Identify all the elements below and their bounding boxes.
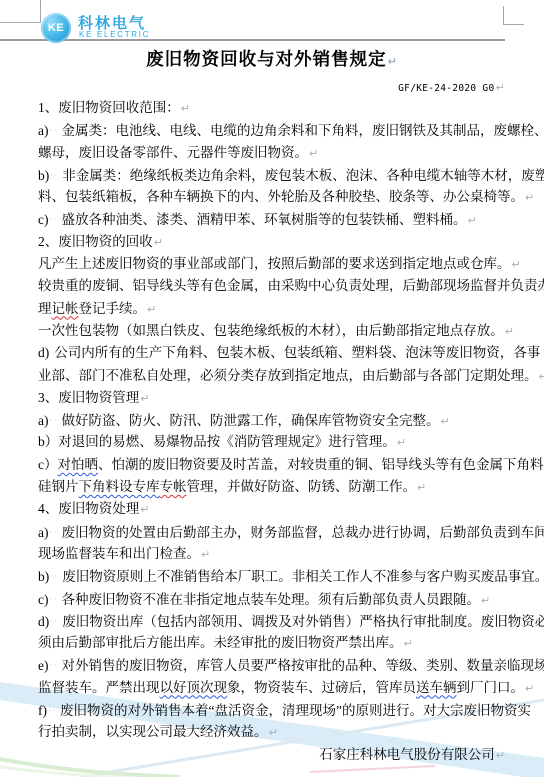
text-segment: 对退回的易燃、易爆物品按《消防管理规定》进行管理。 — [58, 434, 396, 449]
list-marker: c） — [38, 457, 58, 472]
document-page: KE 科林电气 KE ELECTRIC 废旧物资回收与对外销售规定↵ GF/KE… — [0, 0, 544, 777]
list-marker: c) — [38, 592, 60, 607]
list-marker: d) — [38, 345, 49, 360]
line-text: 废旧物资的处置由后勤部主办，财务部监督，总裁办进行协调，后勤部负责到车间 — [62, 525, 544, 540]
line-text: 废旧物资管理 — [58, 390, 139, 405]
line-text: 较贵重的废铜、铝导线头等有色金属，由采购中心负责处理，后勤部现场监督并负责办 — [38, 278, 544, 293]
text-segment: 、怕潮的废旧物资要及时苫盖，对较贵重的铜、铝导线头等有色金属下角料， — [98, 457, 544, 472]
doc-line: b）对退回的易燃、易爆物品按《消防管理规定》进行管理。↵ — [38, 431, 505, 453]
paragraph-mark: ↵ — [496, 749, 505, 762]
doc-line: 须由后勤部审批后方能出库。未经审批的废旧物资严禁出库。↵ — [38, 632, 505, 654]
paragraph-mark: ↵ — [181, 102, 190, 115]
text-segment: 废旧物资的处置由后勤部主办，财务部监督，总裁办进行协调，后勤部负责到车间 — [62, 525, 544, 540]
text-segment: 业部、部门不准私自处理，必须分类存放到指定地点，由后勤部与各部门定期处理。 — [38, 368, 538, 383]
line-text: 各种废旧物资不准在非指定地点装车处理。须有后勤部负责人员跟随。 — [62, 592, 481, 607]
spellcheck-blue-segment: 送车辆 — [416, 680, 457, 695]
header-divider — [0, 39, 505, 41]
doc-line: 2、废旧物资的回收↵ — [38, 231, 505, 253]
text-segment: 公司内所有的生产下角料、包装木板、包装纸箱、塑料袋、泡沫等废旧物资，各事 — [54, 345, 540, 360]
list-marker: 3、 — [38, 390, 58, 405]
text-segment: 非金属类：绝缘纸板类边角余料，废包装木板、泡沫、各种电缆木轴等木材，废塑 — [62, 168, 544, 183]
spellcheck-blue-segment: 以好顶次现 — [160, 680, 228, 695]
text-segment: 到厂门口。 — [457, 680, 525, 695]
text-segment: 一次性包装物（如黑白铁皮、包装绝缘纸板的木材），由后勤部指定地点存放。 — [38, 323, 504, 338]
paragraph-mark: ↵ — [140, 392, 149, 405]
text-segment: 现场监督装车和出门检查。 — [38, 546, 200, 561]
paragraph-mark: ↵ — [525, 191, 534, 204]
footer-pink-line — [310, 766, 435, 772]
doc-line: 业部、部门不准私自处理，必须分类存放到指定地点，由后勤部与各部门定期处理。↵ — [38, 365, 505, 387]
line-text: 料、包装纸箱板，各种车辆换下的内、外轮胎及各种胶垫、胶条等、办公桌椅等。 — [38, 189, 524, 204]
line-text: 对怕晒、怕潮的废旧物资要及时苫盖，对较贵重的铜、铝导线头等有色金属下角料， — [58, 457, 544, 472]
text-segment: 较贵重的废铜、铝导线头等有色金属，由采购中心负责处理，后勤部现场监督并负责办 — [38, 278, 544, 293]
text-segment: 象，物资装车、过磅后，管库员 — [227, 680, 416, 695]
doc-line: b)非金属类：绝缘纸板类边角余料，废包装木板、泡沫、各种电缆木轴等木材，废塑 — [38, 164, 505, 186]
text-segment: 废旧物资原则上不准销售给本厂职工。非相关工作人不准参与客户购买废品事宜。 — [62, 569, 544, 584]
paragraph-mark: ↵ — [468, 214, 477, 227]
list-marker: b) — [38, 168, 60, 183]
text-segment: 须由后勤部审批后方能出库。未经审批的废旧物资严禁出库。 — [38, 635, 403, 650]
text-segment: 登记手续。 — [79, 301, 147, 316]
paragraph-mark: ↵ — [512, 258, 521, 271]
text-segment: 螺母，废旧设备零部件、元器件等废旧物资。 — [38, 145, 308, 160]
line-text: 硅钢片下角料设专库专帐管理，并做好防盗、防锈、防潮工作。 — [38, 479, 416, 494]
spellcheck-blue-segment: 对怕晒 — [58, 457, 99, 472]
paragraph-mark: ↵ — [309, 147, 318, 160]
line-text: 金属类：电池线、电线、电缆的边角余料和下角料，废旧钢铁及其制品，废螺栓、 — [62, 123, 544, 138]
line-text: 废旧物资出库（包括内部领用、调拨及对外销售）严格执行审批制度。废旧物资必 — [62, 614, 544, 629]
spellcheck-red-segment: 专帐 — [160, 479, 187, 494]
doc-line: d)废旧物资出库（包括内部领用、调拨及对外销售）严格执行审批制度。废旧物资必 — [38, 610, 505, 632]
line-text: 对退回的易燃、易爆物品按《消防管理规定》进行管理。 — [58, 434, 396, 449]
line-text: 对外销售的废旧物资，库管人员要严格按审批的品种、等级、类别、数量亲临现场 — [62, 658, 544, 673]
paragraph-mark: ↵ — [201, 548, 210, 561]
list-marker: b) — [38, 569, 60, 584]
spellcheck-blue-segment: 下角料设专库 — [79, 479, 160, 494]
doc-line: 硅钢片下角料设专库专帐管理，并做好防盗、防锈、防潮工作。↵ — [38, 476, 505, 498]
line-text: 废旧物资回收范围： — [58, 100, 180, 115]
line-text: 公司内所有的生产下角料、包装木板、包装纸箱、塑料袋、泡沫等废旧物资，各事 — [54, 345, 540, 360]
line-text: 监督装车。严禁出现以好顶次现象，物资装车、过磅后，管库员送车辆到厂门口。 — [38, 680, 524, 695]
paragraph-mark: ↵ — [388, 55, 398, 68]
text-segment: 金属类：电池线、电线、电缆的边角余料和下角料，废旧钢铁及其制品，废螺栓、 — [62, 123, 544, 138]
document-number: GF/KE-24-2020 G0↵ — [398, 81, 505, 94]
list-marker: c) — [38, 212, 60, 227]
text-segment: 管理，并做好防盗、防锈、防潮工作。 — [187, 479, 417, 494]
text-segment: 凡产生上述废旧物资的事业部或部门，按照后勤部的要求送到指定地点或仓库。 — [38, 256, 511, 271]
line-text: 做好防盗、防火、防汛、防泄露工作，确保库管物资安全完整。 — [62, 413, 440, 428]
list-marker: 1、 — [38, 100, 58, 115]
list-marker: 4、 — [38, 501, 58, 516]
paragraph-mark: ↵ — [525, 682, 534, 695]
line-text: 非金属类：绝缘纸板类边角余料，废包装木板、泡沫、各种电缆木轴等木材，废塑 — [62, 168, 544, 183]
line-text: 废旧物资的对外销售本着“盘活资金，清理现场”的原则进行。对大宗废旧物资实 — [60, 703, 531, 718]
line-text: 废旧物资的回收 — [58, 234, 153, 249]
text-segment: 行拍卖制，以实现公司最大经济效益。 — [38, 724, 268, 739]
document-title: 废旧物资回收与对外销售规定↵ — [0, 46, 544, 71]
paragraph-mark: ↵ — [481, 594, 490, 607]
line-text: 螺母，废旧设备零部件、元器件等废旧物资。 — [38, 145, 308, 160]
line-text: 行拍卖制，以实现公司最大经济效益。 — [38, 724, 268, 739]
paragraph-mark: ↵ — [505, 325, 514, 338]
line-text: 须由后勤部审批后方能出库。未经审批的废旧物资严禁出库。 — [38, 635, 403, 650]
doc-line: 一次性包装物（如黑白铁皮、包装绝缘纸板的木材），由后勤部指定地点存放。↵ — [38, 320, 505, 342]
margin-crop-mark-top-right-horizontal — [503, 24, 524, 25]
text-segment: 废旧物资处理 — [58, 501, 139, 516]
list-marker: b） — [38, 434, 58, 449]
text-segment: 理 — [38, 301, 52, 316]
doc-line: 石家庄科林电气股份有限公司↵ — [38, 744, 505, 766]
list-marker: d) — [38, 614, 60, 629]
doc-line: a)做好防盗、防火、防汛、防泄露工作，确保库管物资安全完整。↵ — [38, 409, 505, 431]
text-segment: 对外销售的废旧物资，库管人员要严格按审批的品种、等级、类别、数量亲临现场 — [62, 658, 544, 673]
list-marker: a) — [38, 413, 60, 428]
text-segment: 各种废旧物资不准在非指定地点装车处理。须有后勤部负责人员跟随。 — [62, 592, 481, 607]
doc-line: 凡产生上述废旧物资的事业部或部门，按照后勤部的要求送到指定地点或仓库。↵ — [38, 253, 505, 275]
list-marker: 2、 — [38, 234, 58, 249]
paragraph-mark: ↵ — [539, 370, 544, 383]
line-text: 盛放各种油类、漆类、酒精甲苯、环氧树脂等的包装铁桶、塑料桶。 — [62, 212, 467, 227]
text-segment: 废旧物资管理 — [58, 390, 139, 405]
doc-line: d)公司内所有的生产下角料、包装木板、包装纸箱、塑料袋、泡沫等废旧物资，各事 — [38, 342, 505, 364]
paragraph-mark: ↵ — [404, 637, 413, 650]
doc-line: c）对怕晒、怕潮的废旧物资要及时苫盖，对较贵重的铜、铝导线头等有色金属下角料， — [38, 454, 505, 476]
line-text: 一次性包装物（如黑白铁皮、包装绝缘纸板的木材），由后勤部指定地点存放。 — [38, 323, 504, 338]
text-segment: 监督装车。严禁出现 — [38, 680, 160, 695]
text-segment: 石家庄科林电气股份有限公司 — [319, 747, 495, 762]
list-marker: a) — [38, 123, 60, 138]
doc-line: c)各种废旧物资不准在非指定地点装车处理。须有后勤部负责人员跟随。↵ — [38, 588, 505, 610]
line-text: 石家庄科林电气股份有限公司 — [319, 747, 495, 762]
document-title-text: 废旧物资回收与对外销售规定 — [146, 49, 387, 69]
doc-line: 1、废旧物资回收范围：↵ — [38, 97, 505, 119]
doc-line: 料、包装纸箱板，各种车辆换下的内、外轮胎及各种胶垫、胶条等、办公桌椅等。↵ — [38, 186, 505, 208]
text-segment: 做好防盗、防火、防汛、防泄露工作，确保库管物资安全完整。 — [62, 413, 440, 428]
margin-crop-mark-top-left-vertical — [40, 0, 41, 23]
list-marker: f) — [38, 703, 58, 718]
doc-line: 较贵重的废铜、铝导线头等有色金属，由采购中心负责处理，后勤部现场监督并负责办 — [38, 275, 505, 297]
logo-monogram-icon: KE — [41, 13, 71, 43]
list-marker: e) — [38, 658, 60, 673]
doc-line: 监督装车。严禁出现以好顶次现象，物资装车、过磅后，管库员送车辆到厂门口。↵ — [38, 677, 505, 699]
logo-monogram: KE — [48, 22, 64, 34]
text-segment: 料、包装纸箱板，各种车辆换下的内、外轮胎及各种胶垫、胶条等、办公桌椅等。 — [38, 189, 524, 204]
doc-line: a)废旧物资的处置由后勤部主办，财务部监督，总裁办进行协调，后勤部负责到车间 — [38, 521, 505, 543]
doc-line: 行拍卖制，以实现公司最大经济效益。↵ — [38, 721, 505, 743]
paragraph-mark: ↵ — [397, 436, 406, 449]
company-name-english: KE ELECTRIC — [79, 30, 150, 39]
doc-line: b)废旧物资原则上不准销售给本厂职工。非相关工作人不准参与客户购买废品事宜。↵ — [38, 565, 505, 587]
text-segment: 硅钢片 — [38, 479, 79, 494]
paragraph-mark: ↵ — [441, 415, 450, 428]
doc-line: f)废旧物资的对外销售本着“盘活资金，清理现场”的原则进行。对大宗废旧物资实 — [38, 699, 505, 721]
doc-line: 4、废旧物资处理↵ — [38, 498, 505, 520]
document-body: 1、废旧物资回收范围：↵ a)金属类：电池线、电线、电缆的边角余料和下角料，废旧… — [38, 97, 505, 766]
spellcheck-red-segment: 记帐 — [52, 301, 79, 316]
text-segment: 盛放各种油类、漆类、酒精甲苯、环氧树脂等的包装铁桶、塑料桶。 — [62, 212, 467, 227]
line-text: 业部、部门不准私自处理，必须分类存放到指定地点，由后勤部与各部门定期处理。 — [38, 368, 538, 383]
line-text: 废旧物资原则上不准销售给本厂职工。非相关工作人不准参与客户购买废品事宜。 — [62, 569, 544, 584]
list-marker: a) — [38, 525, 60, 540]
paragraph-mark: ↵ — [154, 236, 163, 249]
document-number-text: GF/KE-24-2020 G0 — [398, 83, 494, 94]
paragraph-mark: ↵ — [269, 726, 278, 739]
text-segment: 废旧物资的回收 — [58, 234, 153, 249]
line-text: 现场监督装车和出门检查。 — [38, 546, 200, 561]
doc-line: 现场监督装车和出门检查。↵ — [38, 543, 505, 565]
line-text: 凡产生上述废旧物资的事业部或部门，按照后勤部的要求送到指定地点或仓库。 — [38, 256, 511, 271]
text-segment: 废旧物资回收范围： — [58, 100, 180, 115]
text-segment: 废旧物资出库（包括内部领用、调拨及对外销售）严格执行审批制度。废旧物资必 — [62, 614, 544, 629]
margin-crop-mark-top-right-vertical — [503, 6, 504, 25]
paragraph-mark: ↵ — [147, 303, 156, 316]
doc-line: c)盛放各种油类、漆类、酒精甲苯、环氧树脂等的包装铁桶、塑料桶。↵ — [38, 208, 505, 230]
line-text: 理记帐登记手续。 — [38, 301, 146, 316]
paragraph-mark: ↵ — [417, 481, 426, 494]
doc-line: 螺母，废旧设备零部件、元器件等废旧物资。↵ — [38, 142, 505, 164]
line-text: 废旧物资处理 — [58, 501, 139, 516]
doc-line: e)对外销售的废旧物资，库管人员要严格按审批的品种、等级、类别、数量亲临现场 — [38, 654, 505, 676]
margin-crop-mark-top-left-horizontal — [0, 22, 41, 23]
doc-line: 理记帐登记手续。↵ — [38, 298, 505, 320]
paragraph-mark: ↵ — [495, 81, 505, 94]
doc-line: 3、废旧物资管理↵ — [38, 387, 505, 409]
doc-line: a)金属类：电池线、电线、电缆的边角余料和下角料，废旧钢铁及其制品，废螺栓、 — [38, 119, 505, 141]
paragraph-mark: ↵ — [140, 503, 149, 516]
text-segment: 废旧物资的对外销售本着“盘活资金，清理现场”的原则进行。对大宗废旧物资实 — [60, 703, 531, 718]
footer-green-curve-light — [0, 766, 125, 777]
